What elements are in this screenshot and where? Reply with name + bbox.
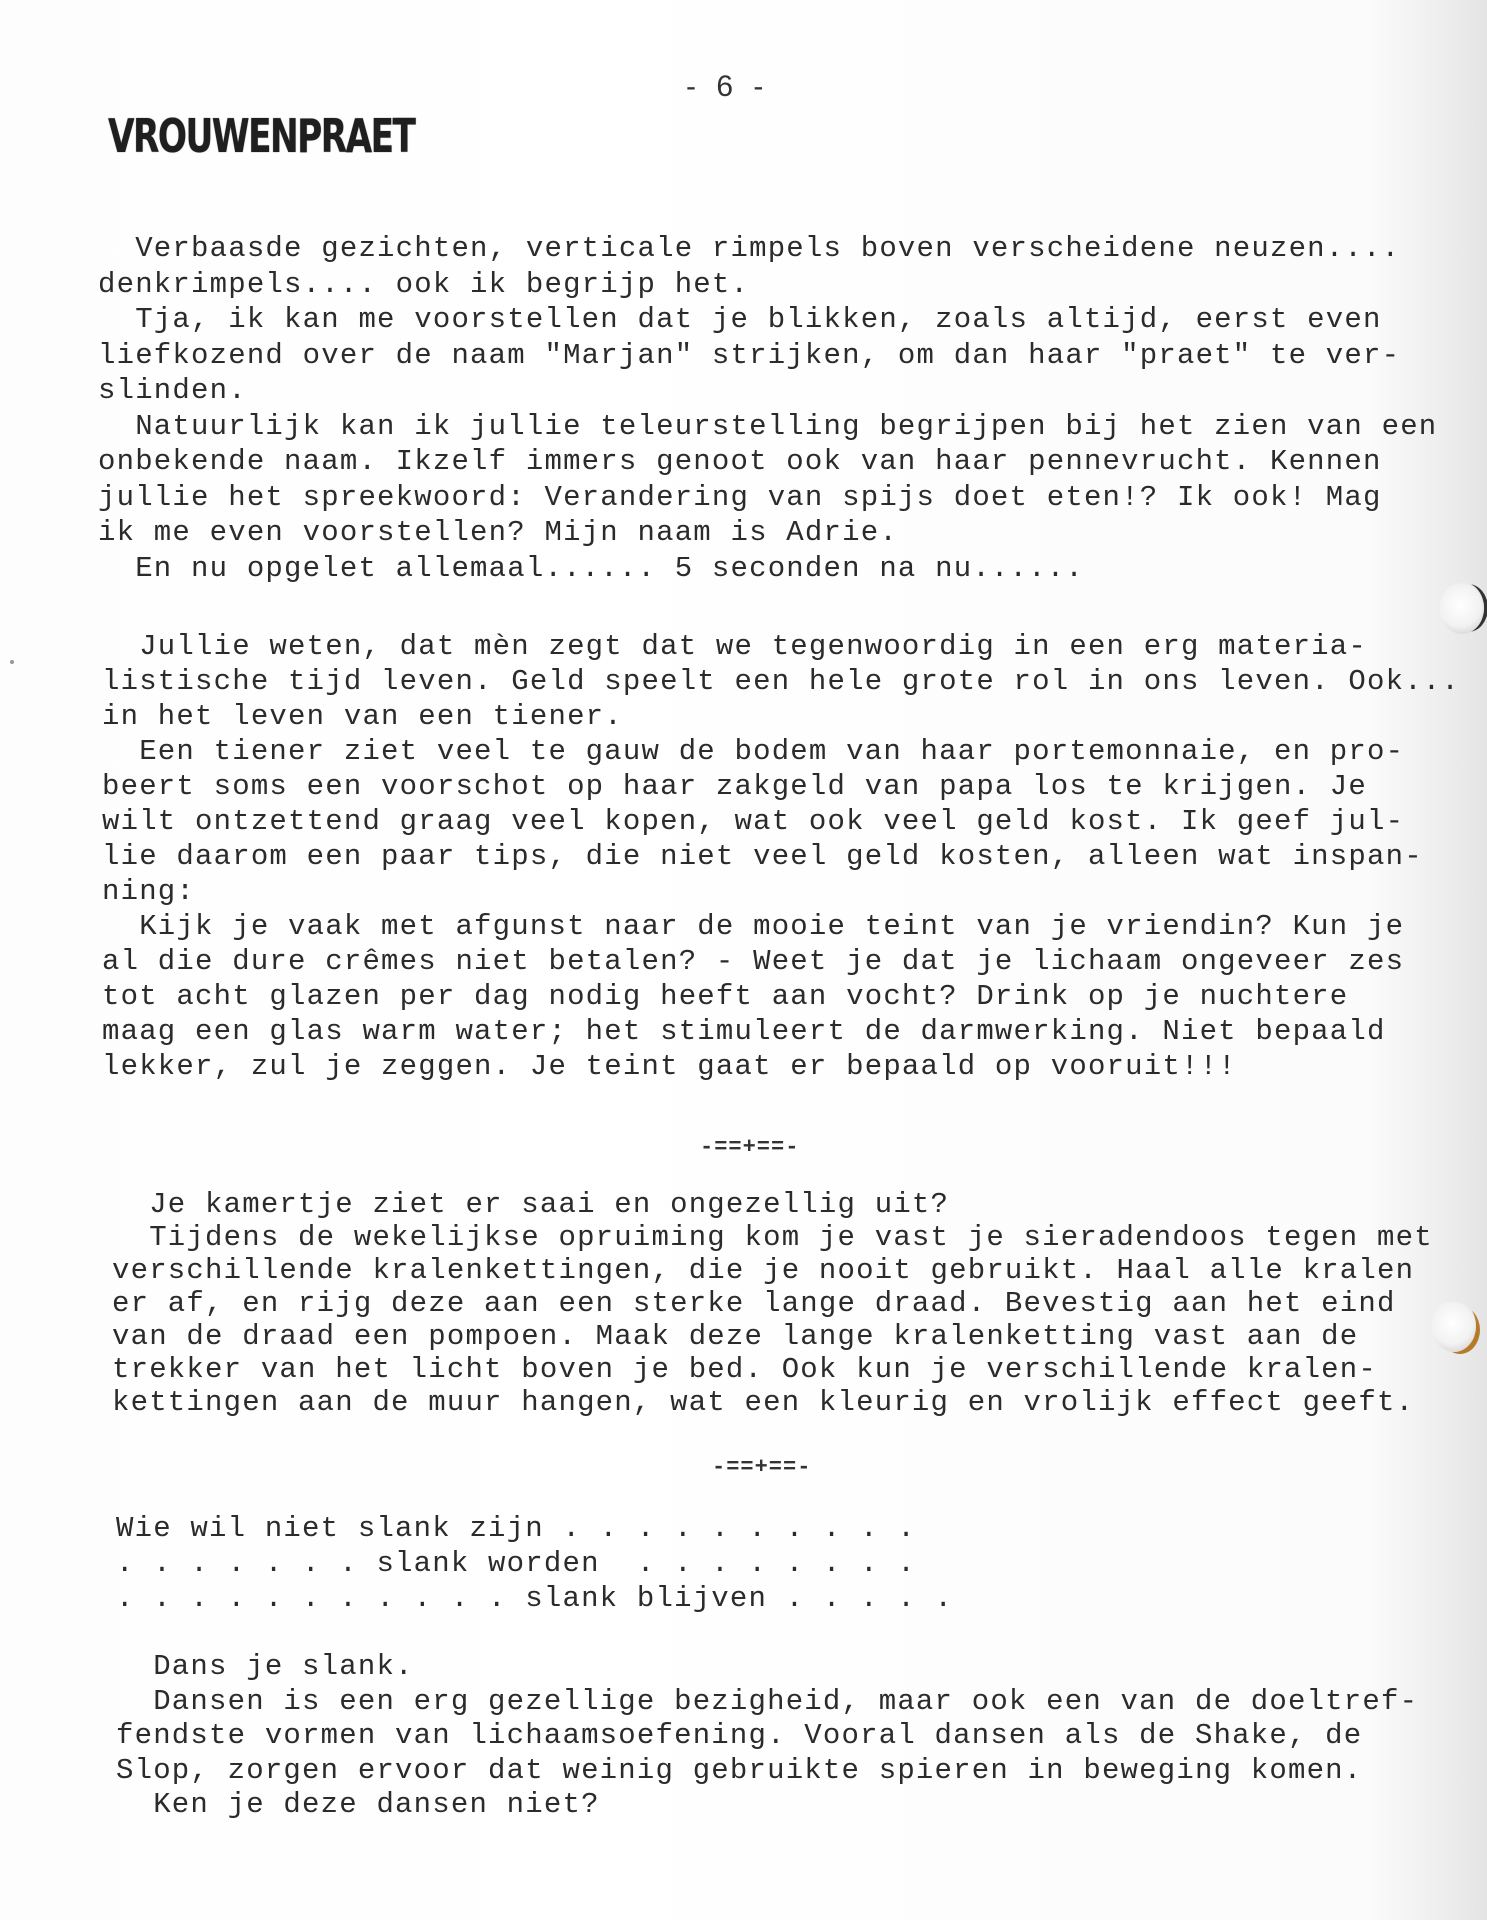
paper-speck	[10, 660, 14, 664]
scanned-page: - 6 - VROUWENPRAET Verbaasde gezichten, …	[0, 0, 1487, 1920]
poem-line: Wie wil niet slank zijn . . . . . . . . …	[116, 1512, 916, 1546]
paragraph-line: kettingen aan de muur hangen, wat een kl…	[112, 1386, 1414, 1420]
paragraph-line: listische tijd leven. Geld speelt een he…	[102, 665, 1460, 699]
paragraph-line: wilt ontzettend graag veel kopen, wat oo…	[102, 805, 1404, 839]
section-divider: -==+==-	[712, 1455, 811, 1480]
paragraph-line: Tijdens de wekelijkse opruiming kom je v…	[112, 1221, 1433, 1255]
paragraph-line: tot acht glazen per dag nodig heeft aan …	[102, 980, 1348, 1014]
punch-hole-icon	[1440, 582, 1484, 634]
paragraph-line: van de draad een pompoen. Maak deze lang…	[112, 1320, 1358, 1354]
paragraph-line: verschillende kralenkettingen, die je no…	[112, 1254, 1414, 1288]
poem-line: . . . . . . . . . . . slank blijven . . …	[116, 1582, 953, 1616]
paragraph-line: trekker van het licht boven je bed. Ook …	[112, 1353, 1377, 1387]
paragraph-line: lie daarom een paar tips, die niet veel …	[102, 840, 1423, 874]
paragraph-line: Dans je slank.	[116, 1650, 414, 1684]
paragraph-line: Tja, ik kan me voorstellen dat je blikke…	[98, 303, 1382, 337]
paragraph-line: Je kamertje ziet er saai en ongezellig u…	[112, 1188, 949, 1222]
paragraph-line: Verbaasde gezichten, verticale rimpels b…	[98, 232, 1400, 266]
paragraph-line: Jullie weten, dat mèn zegt dat we tegenw…	[102, 630, 1367, 664]
paragraph-line: al die dure crêmes niet betalen? - Weet …	[102, 945, 1404, 979]
punch-hole-icon	[1432, 1300, 1476, 1352]
paragraph-line: Ken je deze dansen niet?	[116, 1788, 600, 1822]
masthead-title: VROUWENPRAET	[108, 110, 414, 164]
paragraph-line: in het leven van een tiener.	[102, 700, 623, 734]
page-number: - 6 -	[686, 70, 769, 104]
paragraph-line: onbekende naam. Ikzelf immers genoot ook…	[98, 445, 1382, 479]
paragraph-line: lekker, zul je zeggen. Je teint gaat er …	[102, 1050, 1237, 1084]
paragraph-line: beert soms een voorschot op haar zakgeld…	[102, 770, 1367, 804]
paragraph-line: er af, en rijg deze aan een sterke lange…	[112, 1287, 1396, 1321]
paragraph-line: slinden.	[98, 374, 247, 408]
paragraph-line: denkrimpels.... ook ik begrijp het.	[98, 268, 749, 302]
paragraph-line: fendste vormen van lichaamsoefening. Voo…	[116, 1719, 1362, 1753]
paragraph-line: Dansen is een erg gezellige bezigheid, m…	[116, 1685, 1418, 1719]
paragraph-line: Kijk je vaak met afgunst naar de mooie t…	[102, 910, 1404, 944]
paragraph-line: Slop, zorgen ervoor dat weinig gebruikte…	[116, 1754, 1362, 1788]
paragraph-line: jullie het spreekwoord: Verandering van …	[98, 481, 1382, 515]
paragraph-line: ik me even voorstellen? Mijn naam is Adr…	[98, 516, 898, 550]
paragraph-line: ning:	[102, 875, 195, 909]
section-divider: -==+==-	[700, 1135, 799, 1160]
paragraph-line: Natuurlijk kan ik jullie teleurstelling …	[98, 410, 1437, 444]
paragraph-line: En nu opgelet allemaal...... 5 seconden …	[98, 552, 1084, 586]
paragraph-line: maag een glas warm water; het stimuleert…	[102, 1015, 1386, 1049]
paragraph-line: liefkozend over de naam "Marjan" strijke…	[98, 339, 1400, 373]
poem-line: . . . . . . . slank worden . . . . . . .…	[116, 1547, 916, 1581]
paragraph-line: Een tiener ziet veel te gauw de bodem va…	[102, 735, 1404, 769]
